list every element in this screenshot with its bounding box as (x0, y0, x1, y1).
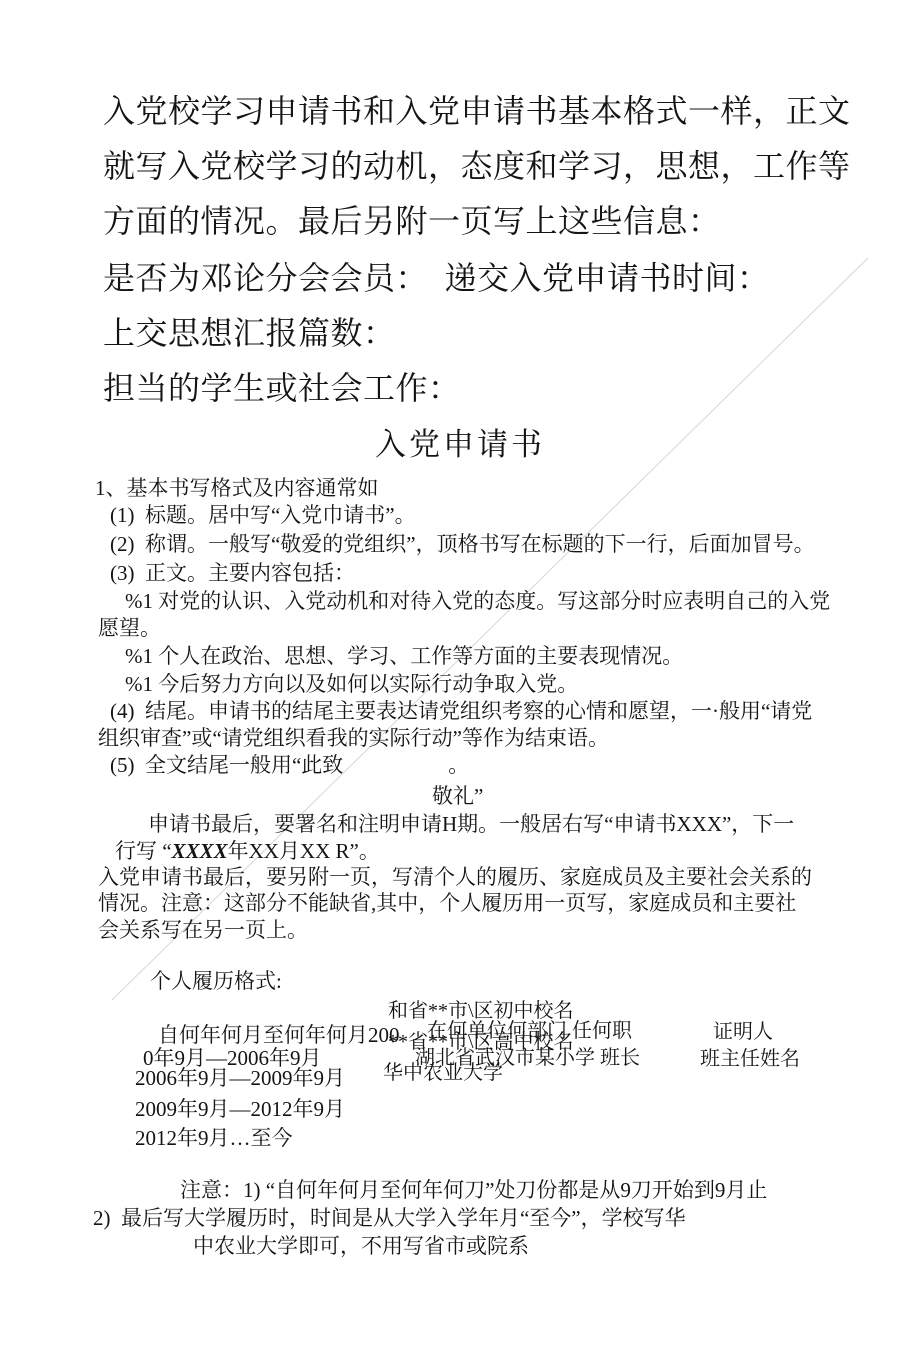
intro-line-3: 方面的情况。最后另附一页写上这些信息： (103, 202, 721, 240)
resume-date-row-3: 2006年9月—2009年9月 (135, 1066, 345, 1091)
guide-item-1: (1) 标题。居中写“入党巾请书”。 (110, 503, 416, 528)
guide-date-note: 申请书最后，要署名和注明申请H期。一般居右写“申请书XXX”，下一 (148, 812, 794, 837)
intro-line-2: 就写入党校学习的动机，态度和学习，思想，工作等 (103, 147, 851, 185)
document-page: 入党校学习申请书和入党申请书基本格式一样，正文 就写入党校学习的动机，态度和学习… (0, 0, 920, 1361)
guide-item-4b: 组织审查”或“请党组织看我的实际行动”等作为结束语。 (98, 726, 609, 751)
resume-witness-header: 证明人 (713, 1020, 773, 1044)
note-line-1: 注意：1) “自何年何月至何年何刀”处刀份都是从9刀开始到9月止 (180, 1178, 767, 1203)
guide-bullet-1b: 愿望。 (98, 616, 161, 641)
resume-heading: 个人履历格式: (150, 969, 282, 994)
note-line-2: 2) 最后写大学履历时，时间是从大学入学年月“至今”，学校写华 (93, 1206, 686, 1231)
resume-school-5: 华中农业大学 (383, 1061, 503, 1085)
resume-date-row-5: 2012年9月…至今 (135, 1126, 293, 1151)
note-line-3: 中农业大学即可，不用写省市或院系 (193, 1234, 529, 1259)
intro-line-4: 是否为邓论分会会员： 递交入党申请书时间： (103, 259, 770, 297)
intro-line-5: 上交思想汇报篇数： (103, 314, 396, 352)
guide-bullet-1a: %1 对党的认识、入党动机和对待入党的态度。写这部分时应表明自己的入党 (125, 589, 830, 614)
resume-date-row-4: 2009年9月—2012年9月 (135, 1097, 345, 1122)
guide-sign-line: 行写 “XXXX年XX月XX R”。 (115, 839, 380, 864)
guide-item-3: (3) 正文。主要内容包括： (110, 561, 355, 586)
document-title: 入党申请书 (0, 426, 920, 463)
guide-item-4a: (4) 结尾。申请书的结尾主要表达请党组织考察的心情和愿望，一·般用“请党 (110, 699, 812, 724)
guide-appendix-c: 会关系写在另一页上。 (98, 918, 308, 943)
resume-date-row-1: 自何年何月至何年何月200 (158, 1023, 400, 1048)
guide-appendix-b: 情况。注意：这部分不能缺省,其中，个人履历用一页写，家庭成员和主要社 (98, 891, 796, 916)
guide-bullet-2: %1 个人在政治、思想、学习、工作等方面的主要表现情况。 (125, 644, 683, 669)
guide-appendix-a: 入党申请书最后，要另附一页，写清个人的履历、家庭成员及主要社会关系的 (98, 865, 812, 890)
guide-item-5: (5) 全文结尾一般用“此致 。 (110, 753, 469, 778)
guide-item-2: (2) 称谓。一般写“敬爱的党组织”，顶格书写在标题的下一行，后面加冒号。 (110, 532, 815, 557)
guide-salute: 敬礼” (432, 784, 483, 809)
intro-line-1: 入党校学习申请书和入党申请书基本格式一样，正文 (103, 92, 851, 130)
guide-heading: 1、基本书写格式及内容通常如 (95, 476, 379, 501)
intro-line-6: 担当的学生或社会工作： (103, 369, 461, 407)
sign-suffix: 年XX月XX R”。 (228, 839, 380, 863)
guide-bullet-3: %1 今后努力方向以及如何以实际行动争取入党。 (125, 672, 578, 697)
resume-witness-name: 班主任姓名 (700, 1047, 800, 1071)
sign-prefix: 行写 “ (115, 839, 172, 863)
sign-placeholder-year: XXXX (172, 839, 228, 863)
